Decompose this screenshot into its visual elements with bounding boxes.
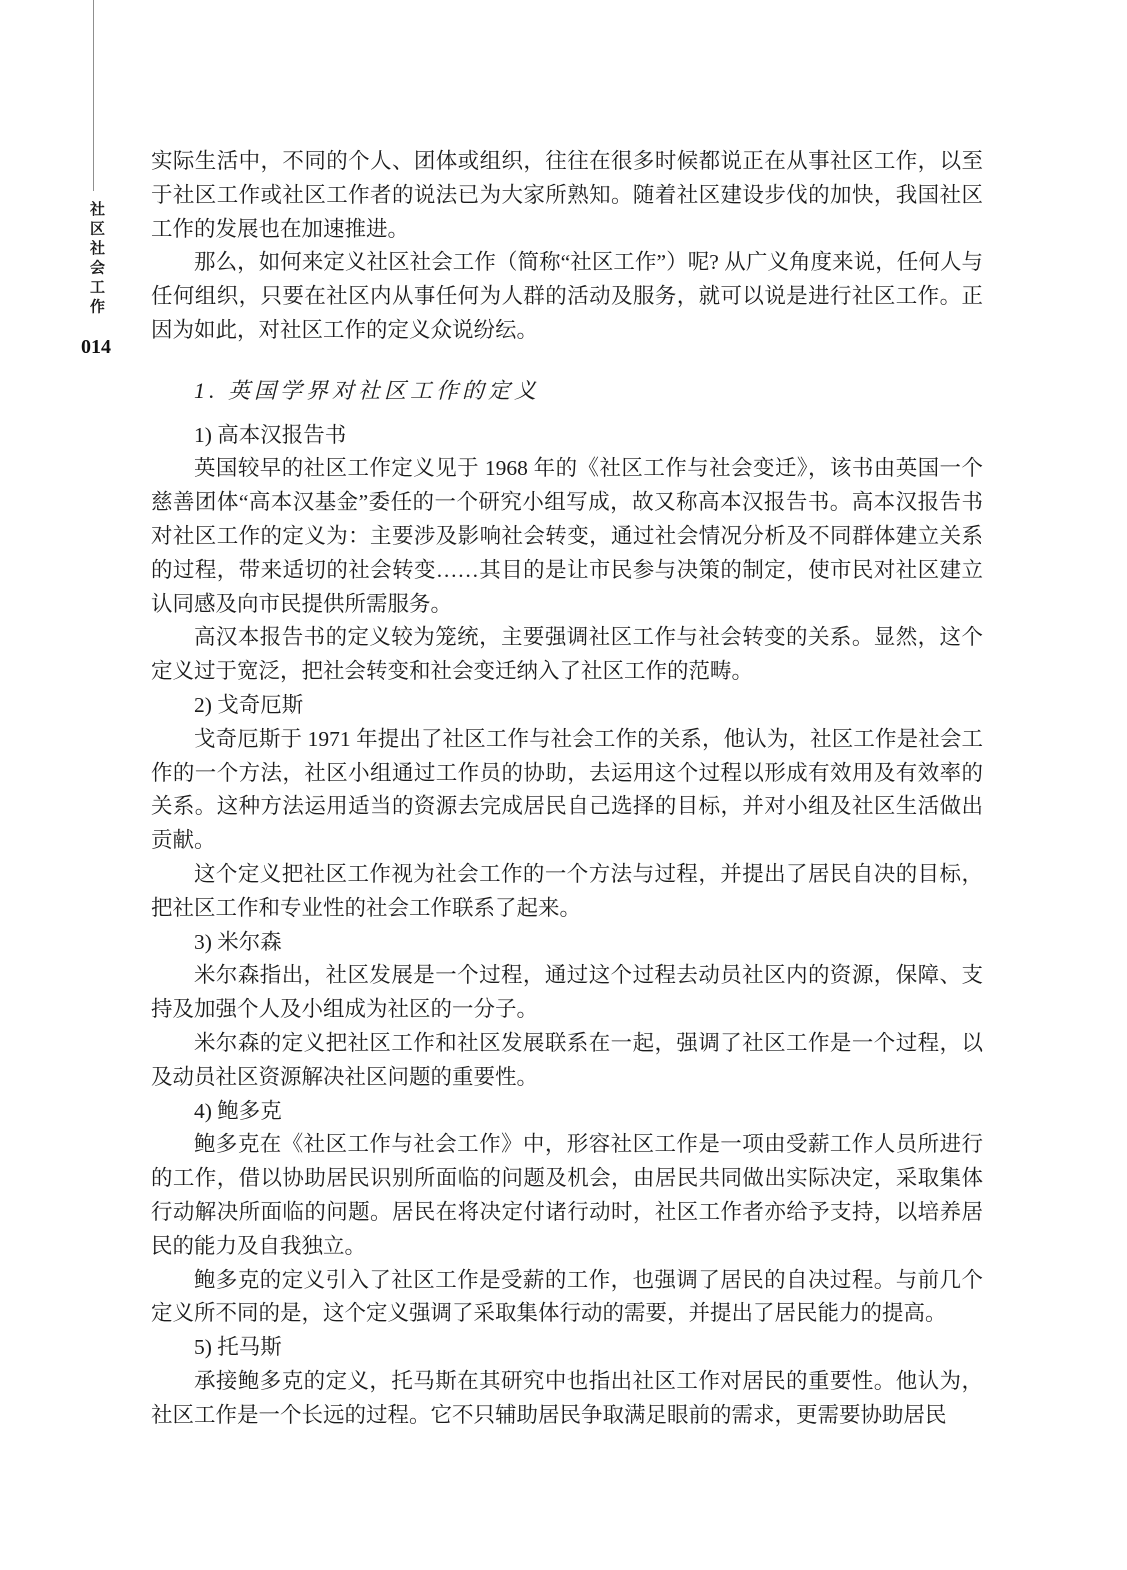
sub-heading: 2) 戈奇厄斯 (151, 689, 983, 723)
body-paragraph: 那么，如何来定义社区社会工作（简称“社区工作”）呢? 从广义角度来说，任何人与任… (151, 246, 983, 347)
sub-heading: 4) 鲍多克 (151, 1095, 983, 1129)
sub-heading: 5) 托马斯 (151, 1331, 983, 1365)
page-number: 014 (72, 336, 120, 359)
body-paragraph: 戈奇厄斯于 1971 年提出了社区工作与社会工作的关系，他认为，社区工作是社会工… (151, 723, 983, 858)
margin-rule (93, 0, 94, 191)
body-paragraph: 米尔森指出，社区发展是一个过程，通过这个过程去动员社区内的资源，保障、支持及加强… (151, 959, 983, 1027)
section-heading: 1. 英国学界对社区工作的定义 (151, 374, 983, 408)
sub-heading: 3) 米尔森 (151, 926, 983, 960)
body-paragraph: 鲍多克的定义引入了社区工作是受薪的工作，也强调了居民的自决过程。与前几个定义所不… (151, 1264, 983, 1332)
book-page: 社区社会工作 014 实际生活中，不同的个人、团体或组织，往往在很多时候都说正在… (0, 0, 1127, 1570)
text-column: 实际生活中，不同的个人、团体或组织，往往在很多时候都说正在从事社区工作，以至于社… (151, 145, 983, 1432)
body-paragraph: 实际生活中，不同的个人、团体或组织，往往在很多时候都说正在从事社区工作，以至于社… (151, 145, 983, 246)
body-paragraph: 英国较早的社区工作定义见于 1968 年的《社区工作与社会变迁》，该书由英国一个… (151, 452, 983, 621)
book-title-vertical: 社区社会工作 (86, 201, 107, 318)
body-paragraph: 米尔森的定义把社区工作和社区发展联系在一起，强调了社区工作是一个过程，以及动员社… (151, 1027, 983, 1095)
body-paragraph: 鲍多克在《社区工作与社会工作》中，形容社区工作是一项由受薪工作人员所进行的工作，… (151, 1128, 983, 1263)
body-paragraph: 高汉本报告书的定义较为笼统，主要强调社区工作与社会转变的关系。显然，这个定义过于… (151, 621, 983, 689)
sub-heading: 1) 高本汉报告书 (151, 419, 983, 453)
body-paragraph: 承接鲍多克的定义，托马斯在其研究中也指出社区工作对居民的重要性。他认为，社区工作… (151, 1365, 983, 1433)
body-paragraph: 这个定义把社区工作视为社会工作的一个方法与过程，并提出了居民自决的目标，把社区工… (151, 858, 983, 926)
